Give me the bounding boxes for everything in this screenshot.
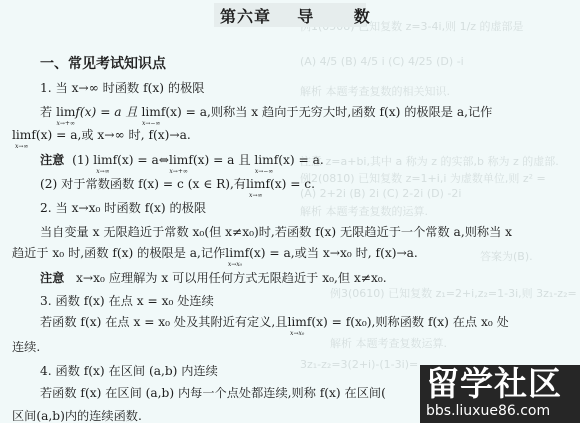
watermark-logo: 留学社区 bbs.liuxue86.com xyxy=(420,365,580,423)
section-title: 一、常见考试知识点 xyxy=(40,53,166,73)
note2: (2) 对于常数函数 f(x) = c (x ∈ R),有limx→∞f(x) … xyxy=(40,176,315,192)
bleed-through-text: 解析 本题考查复数的运算. xyxy=(300,203,428,219)
text-span: f(x) = a 且 xyxy=(75,105,141,119)
text-span: 趋近于 x₀ 时,函数 f(x) 的极限是 a,记作 xyxy=(12,246,225,260)
item4-definition-line1: 若函数 f(x) 在区间 (a,b) 内每一个点处都连续,则称 f(x) 在区间… xyxy=(40,385,386,401)
watermark-brand: 留学社区 xyxy=(426,365,562,403)
note3: 注意 x→x₀ 应理解为 x 可以用任何方式无限趋近于 x₀,但 x≠x₀. xyxy=(40,270,387,286)
lim-operator: limx→−∞ xyxy=(254,152,273,168)
text-span: f(x) = a⇔ xyxy=(113,153,169,167)
text-span: (2) 对于常数函数 f(x) = c (x ∈ R),有 xyxy=(40,177,246,191)
text-span: f(x) = a. xyxy=(274,153,324,167)
lim-subscript: x→x₀ xyxy=(290,326,304,342)
chapter-title: 第六章 导 数 xyxy=(220,4,371,27)
document-page: 例1(0508) 已知复数 z=3-4i,则 1/z 的虚部是 (A) 4/5 … xyxy=(0,0,580,423)
bleed-through-text: 例3(0610) 已知复数 z₁=2+i,z₂=1-3i,则 3z₁-z₂= xyxy=(330,285,577,301)
text-span: f(x) = f(x₀),则称函数 f(x) 在点 x₀ 处 xyxy=(307,315,509,329)
text-span: f(x) = a 且 xyxy=(188,153,254,167)
bleed-through-text: 答案为(B). xyxy=(480,248,533,264)
text-span: (1) xyxy=(72,153,93,167)
item2-definition-line1: 当自变量 x 无限趋近于常数 x₀(但 x≠x₀)时,若函数 f(x) 无限趋近… xyxy=(40,224,512,240)
bleed-through-text: 解析 本题考查复数的相关知识. xyxy=(300,83,450,99)
bleed-through-text: 例2(0810) 已知复数 z=1+i,i 为虚数单位,则 z² = xyxy=(300,170,546,186)
lim-operator: limx→∞ xyxy=(93,152,112,168)
item3-definition-line2: 连续. xyxy=(12,339,40,355)
text-span: 若 xyxy=(40,105,56,119)
lim-operator: limx→−∞ xyxy=(141,104,160,120)
text-span: f(x) = a,或当 x→x₀ 时, f(x)→a. xyxy=(245,246,418,260)
bleed-through-text: 注意 z=a+bi,其中 a 称为 z 的实部,b 称为 z 的虚部. xyxy=(300,153,559,169)
item4-definition-line2: 区间(a,b)内的连续函数. xyxy=(12,408,142,423)
lim-operator: limx→+∞ xyxy=(169,152,188,168)
item1-heading: 1. 当 x→∞ 时函数 f(x) 的极限 xyxy=(40,80,204,96)
note1: 注意 (1) limx→∞f(x) = a⇔limx→+∞f(x) = a 且 … xyxy=(40,152,324,168)
item4-heading: 4. 函数 f(x) 在区间 (a,b) 内连续 xyxy=(40,363,218,379)
item3-definition-line1: 若函数 f(x) 在点 x = x₀ 处及其附近有定义,且limx→x₀f(x)… xyxy=(40,314,509,330)
text-span: 若函数 f(x) 在点 x = x₀ 处及其附近有定义,且 xyxy=(40,315,287,329)
lim-operator: limx→∞ xyxy=(12,127,31,143)
bleed-through-text: (A) 2+2i (B) 2i (C) 2-2i (D) -2i xyxy=(300,187,461,200)
lim-operator: limx→+∞ xyxy=(56,104,75,120)
text-span: f(x) = c. xyxy=(265,177,315,191)
lim-subscript: x→∞ xyxy=(249,188,262,204)
lim-operator: limx→x₀ xyxy=(287,314,306,330)
item3-heading: 3. 函数 f(x) 在点 x = x₀ 处连续 xyxy=(40,293,214,309)
item1-definition-line1: 若 limx→+∞f(x) = a 且 limx→−∞f(x) = a,则称当 … xyxy=(40,104,492,120)
item2-definition-line2: 趋近于 x₀ 时,函数 f(x) 的极限是 a,记作limx→x₀f(x) = … xyxy=(12,245,418,261)
bleed-through-text: (A) 4/5 (B) 4/5 i (C) 4/25 (D) -i xyxy=(300,55,464,68)
lim-operator: limx→∞ xyxy=(246,176,265,192)
lim-subscript: x→∞ xyxy=(15,139,28,155)
item2-heading: 2. 当 x→x₀ 时函数 f(x) 的极限 xyxy=(40,200,206,216)
note-label: 注意 xyxy=(40,271,64,285)
lim-operator: limx→x₀ xyxy=(225,245,244,261)
bleed-through-text: 3z₁-z₂=3(2+i)-(1-3i)= xyxy=(300,358,418,371)
text-span: f(x) = a,则称当 x 趋向于无穷大时,函数 f(x) 的极限是 a,记作 xyxy=(161,105,493,119)
note-label: 注意 xyxy=(40,153,64,167)
watermark-url: bbs.liuxue86.com xyxy=(426,402,550,420)
text-span: f(x) = a,或 x→∞ 时, f(x)→a. xyxy=(31,128,190,142)
text-span: x→x₀ 应理解为 x 可以用任何方式无限趋近于 x₀,但 x≠x₀. xyxy=(76,271,387,285)
bleed-through-text: 解析 本题考查复数运算. xyxy=(330,335,447,351)
item1-definition-line2: limx→∞f(x) = a,或 x→∞ 时, f(x)→a. xyxy=(12,127,191,143)
